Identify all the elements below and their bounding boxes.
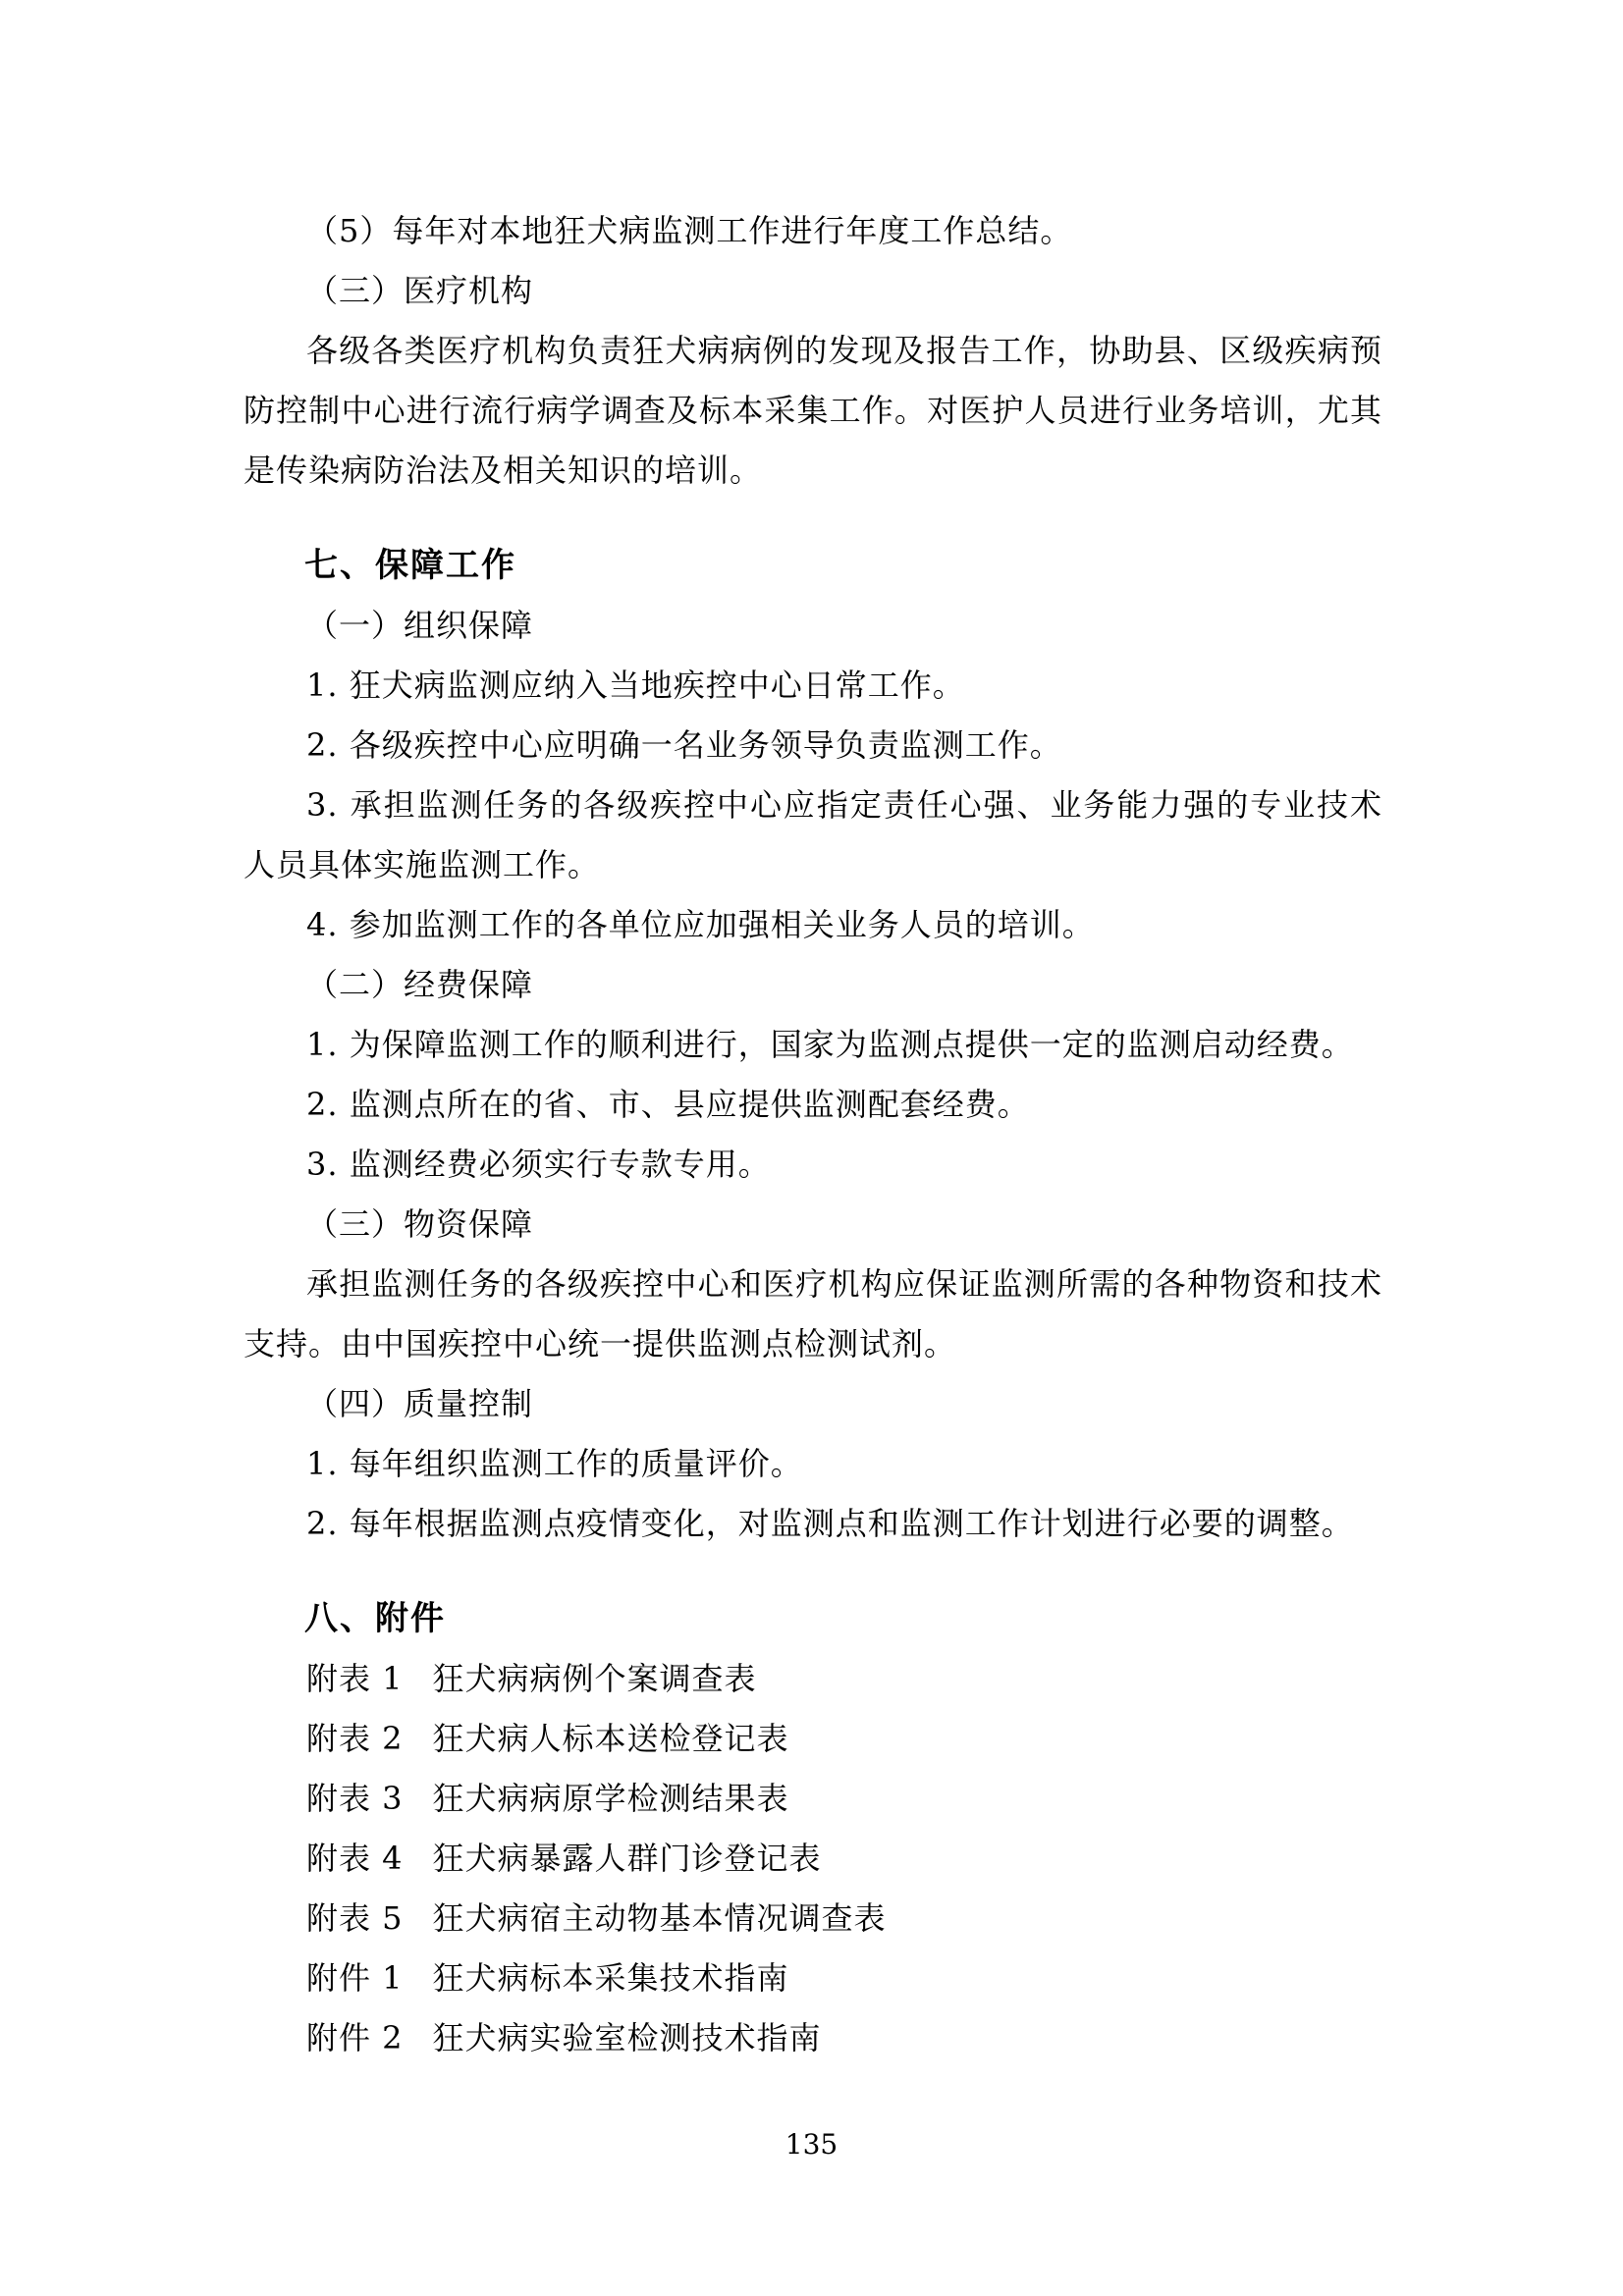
attachment-title: 狂犬病宿主动物基本情况调查表 (433, 1899, 887, 1937)
attachment-title: 狂犬病病例个案调查表 (433, 1660, 757, 1697)
body-paragraph: 各级各类医疗机构负责狂犬病病例的发现及报告工作，协助县、区级疾病预防控制中心进行… (243, 321, 1382, 501)
list-item: （一）组织保障 (243, 596, 1382, 656)
attachment-row: 附表 5狂犬病宿主动物基本情况调查表 (243, 1889, 1382, 1949)
list-item: （二）经费保障 (243, 955, 1382, 1015)
list-item: 2. 各级疾控中心应明确一名业务领导负责监测工作。 (243, 716, 1382, 775)
list-item: 2. 监测点所在的省、市、县应提供监测配套经费。 (243, 1075, 1382, 1135)
attachment-row: 附表 1狂犬病病例个案调查表 (243, 1649, 1382, 1709)
section-heading: 八、附件 (243, 1589, 1382, 1649)
body-paragraph: 3. 承担监测任务的各级疾控中心应指定责任心强、业务能力强的专业技术人员具体实施… (243, 775, 1382, 895)
list-item: 3. 监测经费必须实行专款专用。 (243, 1135, 1382, 1195)
attachment-title: 狂犬病标本采集技术指南 (433, 1959, 789, 1997)
section-heading: 七、保障工作 (243, 536, 1382, 596)
list-item: （三）医疗机构 (243, 261, 1382, 321)
list-item: 4. 参加监测工作的各单位应加强相关业务人员的培训。 (243, 895, 1382, 955)
body-paragraph: 承担监测任务的各级疾控中心和医疗机构应保证监测所需的各种物资和技术支持。由中国疾… (243, 1255, 1382, 1374)
attachment-row: 附表 4狂犬病暴露人群门诊登记表 (243, 1829, 1382, 1889)
attachment-title: 狂犬病人标本送检登记表 (433, 1720, 789, 1757)
attachment-row: 附件 2狂犬病实验室检测技术指南 (243, 2008, 1382, 2068)
attachment-row: 附表 2狂犬病人标本送检登记表 (243, 1709, 1382, 1769)
attachment-title: 狂犬病实验室检测技术指南 (433, 2019, 822, 2056)
page-number: 135 (0, 2126, 1623, 2163)
attachment-label: 附表 4 (306, 1840, 404, 1877)
attachment-label: 附件 2 (306, 2019, 404, 2056)
attachment-row: 附件 1狂犬病标本采集技术指南 (243, 1949, 1382, 2008)
attachment-label: 附件 1 (306, 1959, 404, 1997)
list-item: 1. 为保障监测工作的顺利进行，国家为监测点提供一定的监测启动经费。 (243, 1015, 1382, 1075)
attachment-title: 狂犬病暴露人群门诊登记表 (433, 1840, 822, 1877)
attachment-row: 附表 3狂犬病病原学检测结果表 (243, 1769, 1382, 1829)
attachment-label: 附表 1 (306, 1660, 404, 1697)
list-item: （四）质量控制 (243, 1374, 1382, 1434)
attachment-label: 附表 3 (306, 1780, 404, 1817)
list-item: 1. 狂犬病监测应纳入当地疾控中心日常工作。 (243, 656, 1382, 716)
list-item: （三）物资保障 (243, 1195, 1382, 1255)
attachment-label: 附表 5 (306, 1899, 404, 1937)
attachment-label: 附表 2 (306, 1720, 404, 1757)
attachment-title: 狂犬病病原学检测结果表 (433, 1780, 789, 1817)
document-content: （5）每年对本地狂犬病监测工作进行年度工作总结。（三）医疗机构各级各类医疗机构负… (243, 201, 1382, 2068)
list-item: 2. 每年根据监测点疫情变化，对监测点和监测工作计划进行必要的调整。 (243, 1494, 1382, 1554)
list-item: （5）每年对本地狂犬病监测工作进行年度工作总结。 (243, 201, 1382, 261)
list-item: 1. 每年组织监测工作的质量评价。 (243, 1434, 1382, 1494)
document-page: （5）每年对本地狂犬病监测工作进行年度工作总结。（三）医疗机构各级各类医疗机构负… (0, 0, 1623, 2296)
